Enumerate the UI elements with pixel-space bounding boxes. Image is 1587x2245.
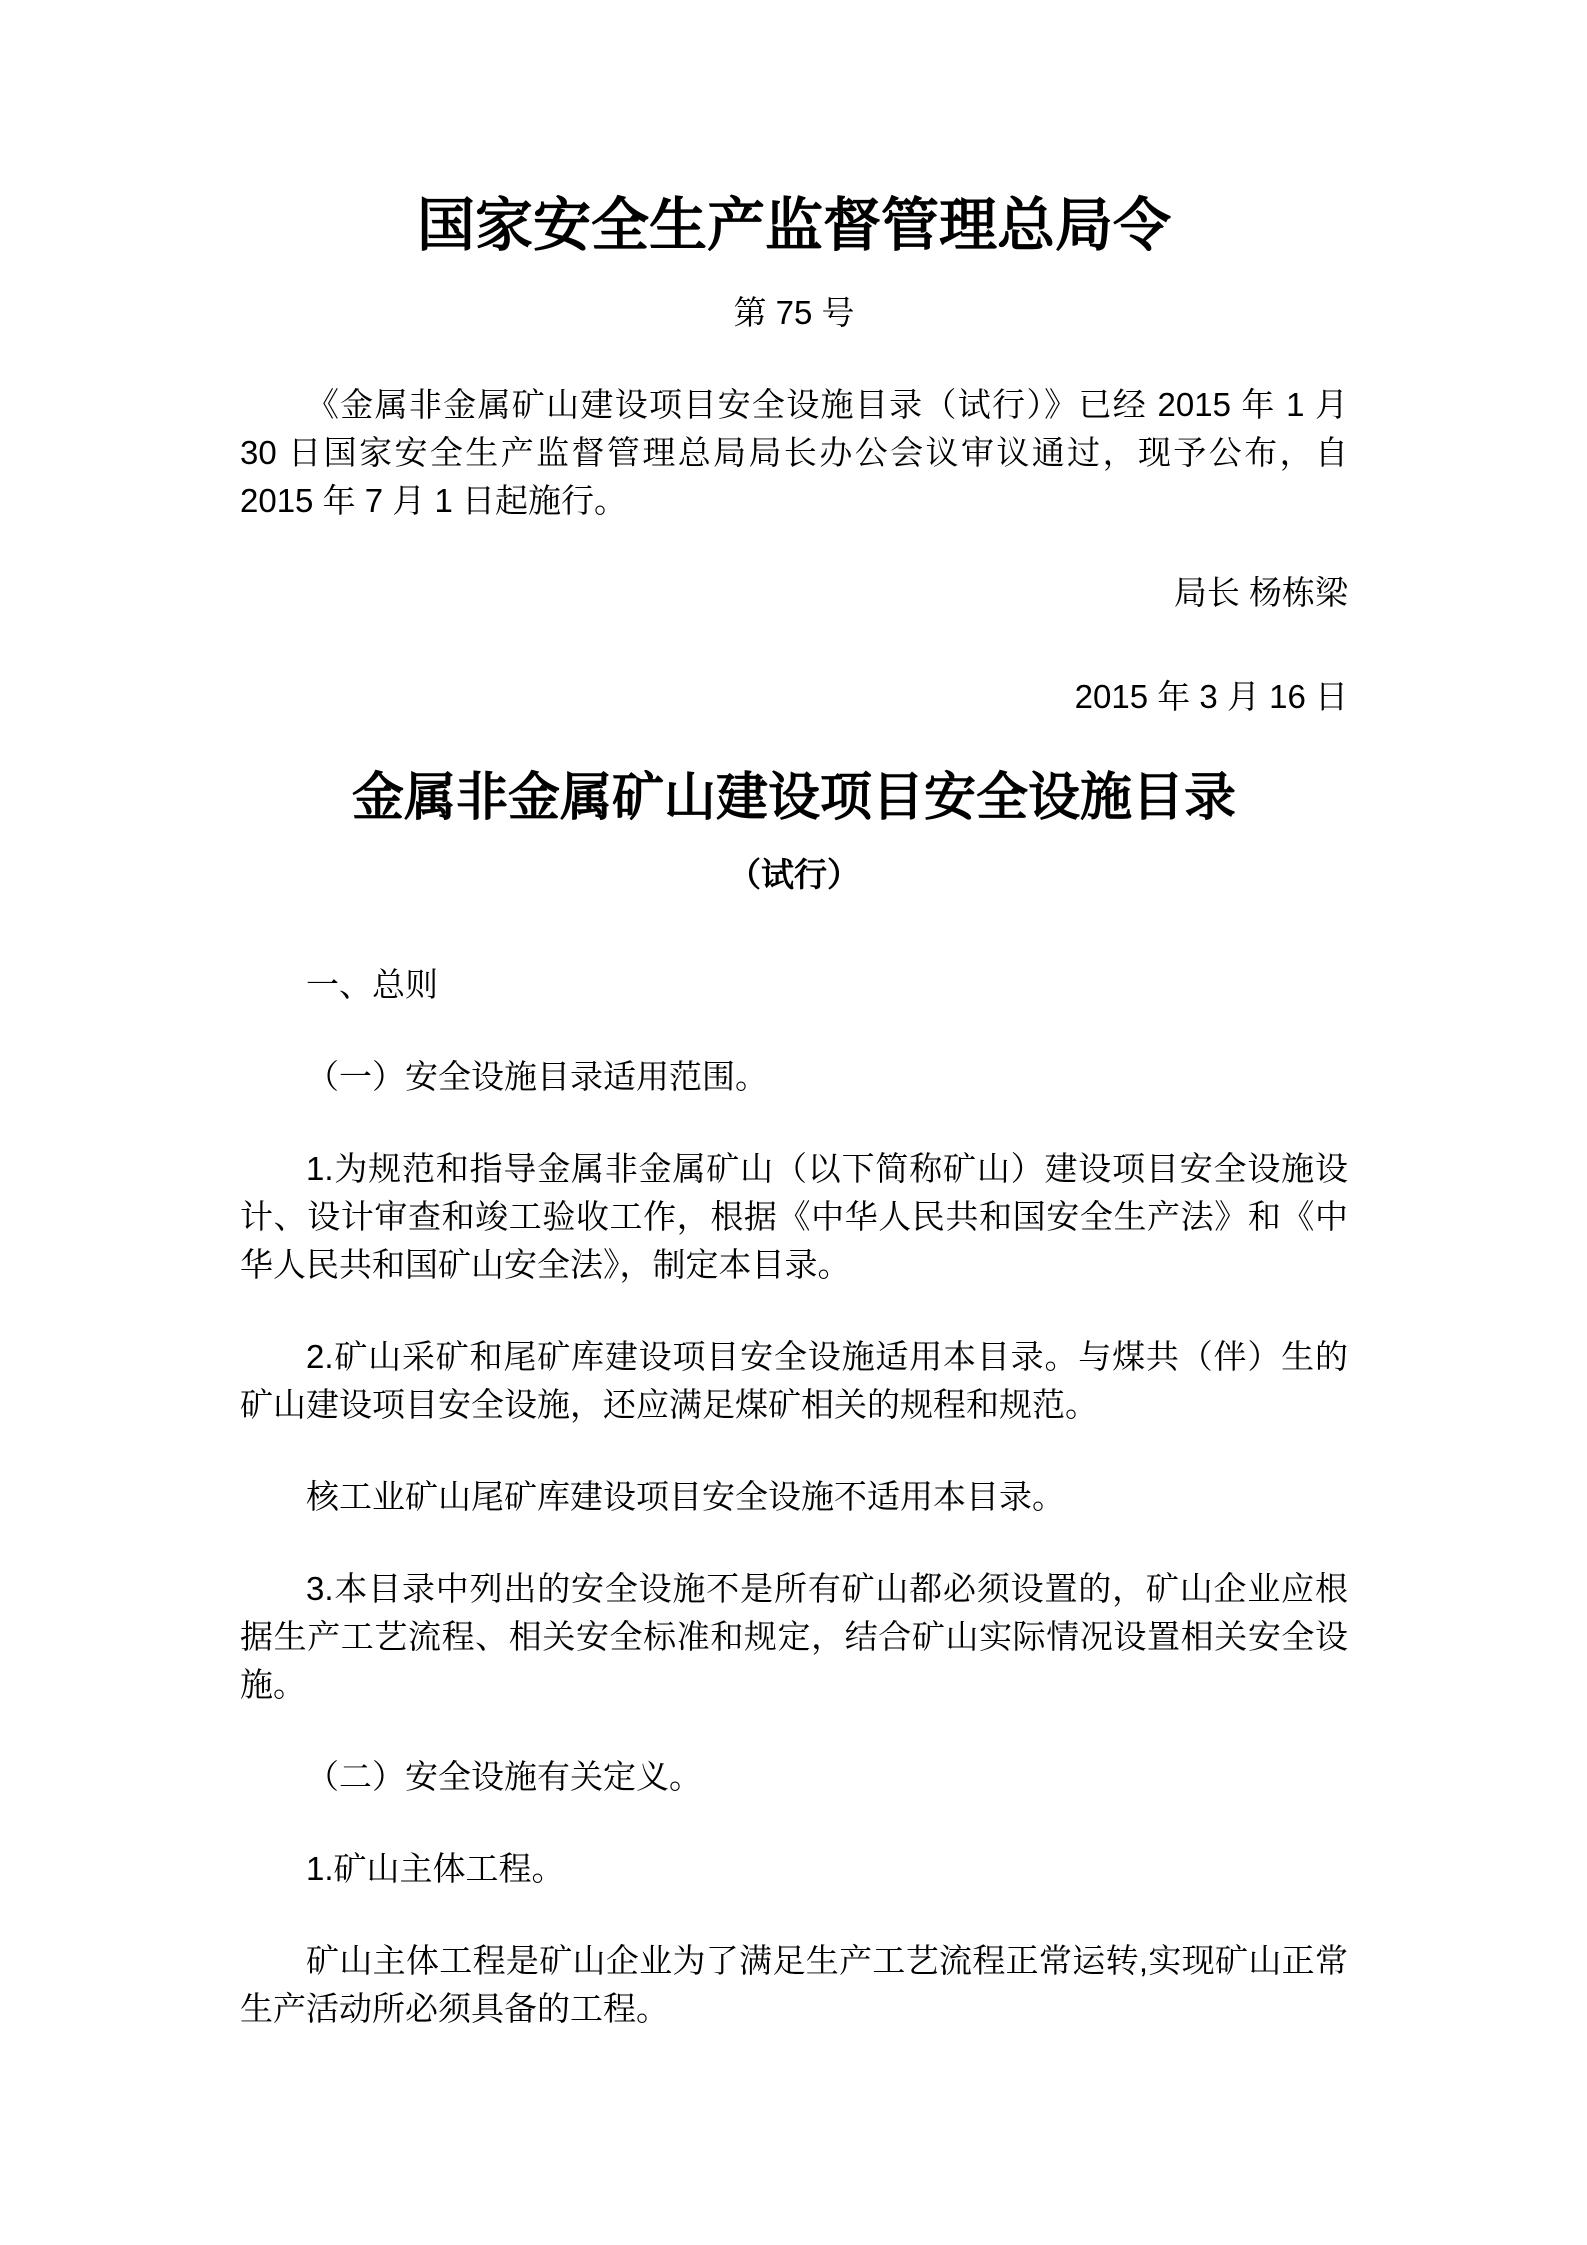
document-title: 国家安全生产监督管理总局令 bbox=[240, 190, 1348, 262]
clause-heading-scope: （一）安全设施目录适用范围。 bbox=[240, 1053, 1348, 1101]
catalog-subtitle: （试行） bbox=[240, 851, 1348, 899]
order-number: 第 75 号 bbox=[240, 289, 1348, 337]
catalog-title: 金属非金属矿山建设项目安全设施目录 bbox=[240, 765, 1348, 831]
body-paragraph-nuclear-exclusion: 核工业矿山尾矿库建设项目安全设施不适用本目录。 bbox=[240, 1473, 1348, 1521]
body-paragraph-main-project-heading: 1.矿山主体工程。 bbox=[240, 1845, 1348, 1893]
document-page: 国家安全生产监督管理总局令 第 75 号 《金属非金属矿山建设项目安全设施目录（… bbox=[0, 0, 1587, 2245]
signature-line: 局长 杨栋梁 bbox=[240, 569, 1348, 617]
body-paragraph-item-3: 3.本目录中列出的安全设施不是所有矿山都必须设置的，矿山企业应根据生产工艺流程、… bbox=[240, 1565, 1348, 1709]
body-paragraph-item-1: 1.为规范和指导金属非金属矿山（以下简称矿山）建设项目安全设施设计、设计审查和竣… bbox=[240, 1145, 1348, 1289]
body-paragraph-main-project-definition: 矿山主体工程是矿山企业为了满足生产工艺流程正常运转,实现矿山正常生产活动所必须具… bbox=[240, 1937, 1348, 2033]
clause-heading-definitions: （二）安全设施有关定义。 bbox=[240, 1753, 1348, 1801]
chapter-heading-general-rules: 一、总则 bbox=[240, 961, 1348, 1009]
body-paragraph-item-2: 2.矿山采矿和尾矿库建设项目安全设施适用本目录。与煤共（伴）生的矿山建设项目安全… bbox=[240, 1333, 1348, 1429]
date-line: 2015 年 3 月 16 日 bbox=[240, 673, 1348, 721]
preamble-paragraph: 《金属非金属矿山建设项目安全设施目录（试行）》已经 2015 年 1 月 30 … bbox=[240, 381, 1348, 525]
